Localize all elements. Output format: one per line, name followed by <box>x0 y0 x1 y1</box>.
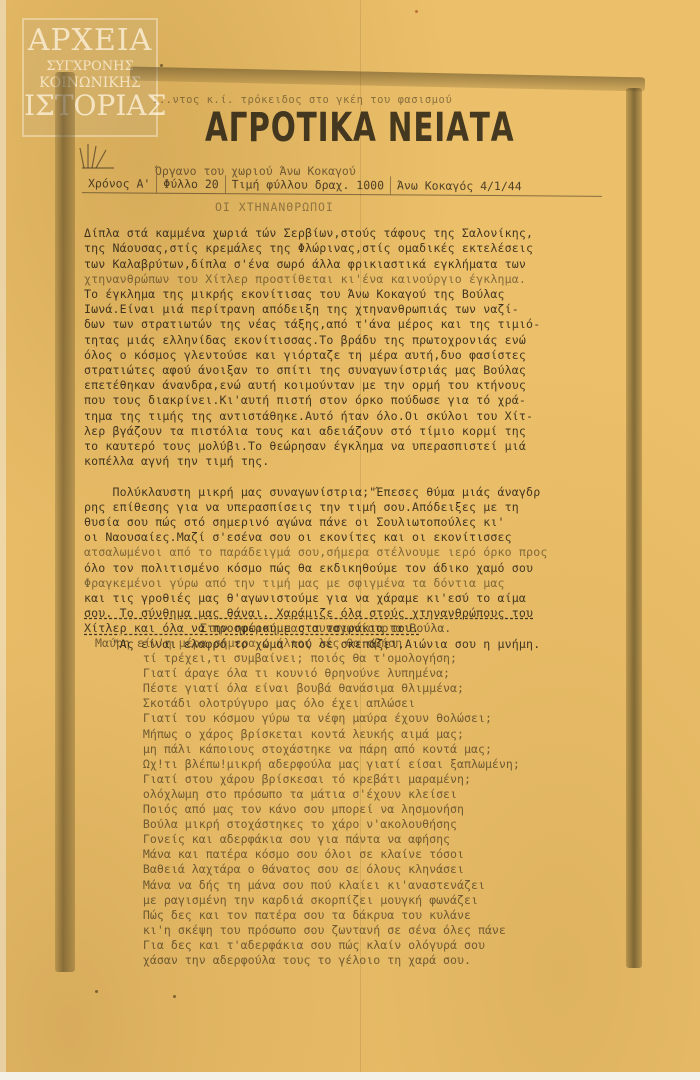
poem-line: Ποιός από μας τον κάνο σου μπορεί να λησ… <box>115 802 635 817</box>
poem-line: Μαύρη είν'η μέρα σήμερα ο ήλιος λές θα σ… <box>95 636 635 651</box>
sunburst-icon <box>78 142 118 170</box>
issue-year: Χρόνος Α' <box>82 174 157 193</box>
paper-left-edge <box>0 0 6 1080</box>
poem-line: Για δες και τ'αδερφάκια σου πώς κλαίν ολ… <box>115 938 635 953</box>
text-line: δων των στρατιωτών της νέας τάξης,από τ'… <box>84 317 629 332</box>
paper-bottom-edge <box>0 1072 700 1080</box>
ink-speck <box>415 10 418 13</box>
poem-line: με ραγισμένη την καρδιά σκορπίζει μουγκή… <box>115 893 635 908</box>
poem-line: Βαθειά λαχτάρα ο θάνατος σου σε όλους κλ… <box>115 862 635 877</box>
watermark-line-4: ΙΣΤΟΡΙΑΣ <box>24 92 156 120</box>
poem-line: Βούλα μικρή στοχάστηκες το χάρο ν'ακολου… <box>115 817 635 832</box>
text-line: επετέθηκαν άνανδρα,ενώ αυτή κοιμούνταν μ… <box>84 378 629 393</box>
ink-speck <box>173 995 176 998</box>
text-line: που τους διακρίνει.Κι'αυτή πιστή στον όρ… <box>84 393 629 408</box>
text-line: Δίπλα στά καμμένα χωριά τών Σερβίων,στού… <box>84 226 629 241</box>
poem-line: Σκοτάδι ολοτρύγυρο μας όλο έχει απλώσει <box>115 696 635 711</box>
poem-line: Μήπως ο χάρος βρίσκεται κοντά λευκής αιμ… <box>115 727 635 742</box>
watermark-line-1: ΑΡΧΕΙΑ <box>24 26 156 56</box>
text-line: ρης επίθεσης για να υπερασπίσεις την τιμ… <box>84 500 629 515</box>
text-line: τημα της τιμής της αντιστάθηκε.Αυτό ήταν… <box>84 409 629 424</box>
article-paragraph-1: Δίπλα στά καμμένα χωριά τών Σερβίων,στού… <box>84 226 629 469</box>
poem-line: κι'η σκέψη του πρόσωπο σου ζωντανή σε σέ… <box>115 923 635 938</box>
ink-speck <box>95 990 98 993</box>
text-line: οι Ναουσαίες.Μαζί σ'εσένα σου οι εκονίτε… <box>84 530 629 545</box>
text-line: λερ βγάζουν τα πιστόλια τους και αδειάζο… <box>84 424 629 439</box>
poem-line: Μάνα να δής τη μάνα σου πού κλαίει κι'αν… <box>115 878 635 893</box>
poem-line: μη πάλι κάποιους στοχάστηκε να πάρη από … <box>115 742 635 757</box>
poem-body: Μαύρη είν'η μέρα σήμερα ο ήλιος λές θα σ… <box>115 636 635 968</box>
text-line: όλος ο κόσμος γλεντούσε και γιόρταζε τη … <box>84 348 629 363</box>
poem-title: Στην ηρωική μας συναγωνίστρια Βούλα. <box>200 621 451 635</box>
issue-number: Φύλλο 20 <box>157 175 226 193</box>
poem-line: Γονείς και αδερφάκια σου για πάντα να αφ… <box>115 832 635 847</box>
poem-line: Ωχ!τι βλέπω!μικρή αδερφούλα μας γιατί εί… <box>115 757 635 772</box>
issue-info-bar: Χρόνος Α' Φύλλο 20 Τιμή φύλλου δραχ. 100… <box>82 174 602 197</box>
text-line: Φραγκεμένοι γύρω από την τιμή μας με σφι… <box>84 576 629 591</box>
issue-place-date: Άνω Κοκαγός 4/1/44 <box>391 176 528 195</box>
newspaper-masthead: ΑΓΡΟΤΙΚΑ ΝΕΙΑΤΑ <box>205 105 514 151</box>
poem-line: χάσαν την αδερφούλα τους το γέλοιο τη χα… <box>115 953 635 968</box>
poem-line: Μάνα και πατέρα κόσμο σου όλοι σε κλαίνε… <box>115 847 635 862</box>
text-line: το καυτερό τους μολύβι.Το θεώρησαν έγκλη… <box>84 439 629 454</box>
text-line: κοπέλλα αγνή την τιμή της. <box>84 454 629 469</box>
text-line: στρατιώτες αφού άνοιξαν το σπίτι της συν… <box>84 363 629 378</box>
poem-line: Γιατί του κόσμου γύρω τα νέφη μαύρα έχου… <box>115 711 635 726</box>
text-line: της Νάουσας,στίς κρεμάλες της Φλώρινας,σ… <box>84 241 629 256</box>
article-body: Δίπλα στά καμμένα χωριά τών Σερβίων,στού… <box>84 211 629 667</box>
text-line: Το έγκλημα της μικρής εκονίτισας του Άνω… <box>84 287 629 302</box>
poem-line: Πώς δες και τον πατέρα σου τα δάκρυα του… <box>115 908 635 923</box>
poem-line: ολόχλωμη στο πρόσωπο τα μάτια σ'έχουν κλ… <box>115 787 635 802</box>
ink-speck <box>160 64 163 67</box>
poem-line: Γιατί άραγε όλα τι κουνιό θρηνούνε λυπημ… <box>115 666 635 681</box>
text-line: Πολύκλαυστη μικρή μας συναγωνίστρια;"Έπε… <box>84 485 629 500</box>
poem-line: Πέστε γιατί όλα είναι βουβά θανάσιμα θλι… <box>115 681 635 696</box>
text-line: τητας μιάς ελληνίδας εκονίτισσας.Το βράδ… <box>84 333 629 348</box>
text-line: Ιωνά.Είναι μιά περίτρανη απόδειξη της χτ… <box>84 302 629 317</box>
text-line: και τις γροθιές μας θ'αγωνιστούμε για να… <box>84 591 629 606</box>
poem-line: Γιατί στου χάρου βρίσκεσαι τό κρεβάτι μα… <box>115 772 635 787</box>
issue-price: Τιμή φύλλου δραχ. 1000 <box>226 175 391 194</box>
text-line: ατσαλωμένοι από το παράδειγμά σου,σήμερα… <box>84 545 629 560</box>
text-line: χτηνανθρώπων του Χίτλερ προστίθεται κι'έ… <box>84 272 629 287</box>
text-line: σου. Το σύνθημα μας θάναι. Χαράμιζε όλα … <box>84 606 629 621</box>
text-line: όλο τον πολιτισμένο κόσμο πώς θα εκδικηθ… <box>84 561 629 576</box>
hand-drawn-border-left <box>55 72 75 972</box>
text-line: των Καλαβρύτων,δίπλα σ'ένα σωρό άλλα φρι… <box>84 257 629 272</box>
text-line: θυσία σου πώς στό σημερινό αγώνα πάνε οι… <box>84 515 629 530</box>
poem-line: τί τρέχει,τι συμβαίνει; ποιός θα τ'ομολο… <box>115 651 635 666</box>
